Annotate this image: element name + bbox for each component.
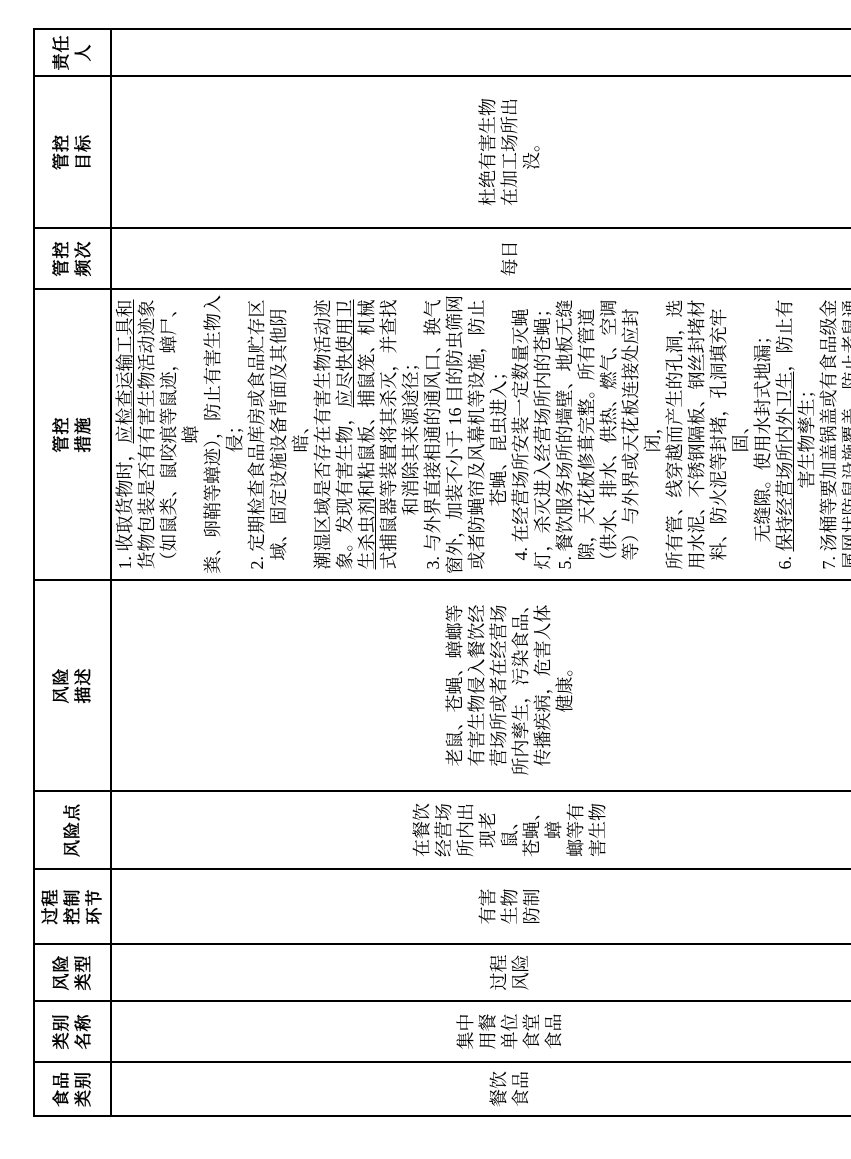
document-page: 食品 类别 类别 名称 风险 类型 过程 控制 环节 风险点 风险 描述 管控 … bbox=[0, 0, 851, 1159]
header-control-measures: 管控 措施 bbox=[34, 289, 111, 580]
header-control-target: 管控 目标 bbox=[34, 76, 111, 228]
cell-risk-type: 过程 风险 bbox=[111, 944, 851, 1001]
cell-responsible-person bbox=[111, 29, 851, 76]
cell-process-control-link: 有害 生物 防制 bbox=[111, 869, 851, 944]
cell-category-name: 集中 用餐 单位 食堂 食品 bbox=[111, 1001, 851, 1062]
header-risk-point: 风险点 bbox=[34, 791, 111, 869]
table-header-row: 食品 类别 类别 名称 风险 类型 过程 控制 环节 风险点 风险 描述 管控 … bbox=[34, 29, 111, 1116]
header-risk-type: 风险 类型 bbox=[34, 944, 111, 1001]
cell-risk-description: 老鼠、苍蝇、蟑螂等 有害生物侵入餐饮经 营场所或者在经营场 所内孳生，污染食品、… bbox=[111, 580, 851, 791]
cell-control-measures: 1. 收取货物时，应检查运输工具和 货物包装是否有有害生物活动迹象 （如鼠类、鼠… bbox=[111, 289, 851, 580]
table-data-row: 餐饮 食品 集中 用餐 单位 食堂 食品 过程 风险 有害 生物 防制 在餐饮 … bbox=[111, 29, 851, 1116]
header-responsible-person: 责任 人 bbox=[34, 29, 111, 76]
cell-food-category: 餐饮 食品 bbox=[111, 1062, 851, 1116]
header-process-control-link: 过程 控制 环节 bbox=[34, 869, 111, 944]
food-safety-risk-control-table: 食品 类别 类别 名称 风险 类型 过程 控制 环节 风险点 风险 描述 管控 … bbox=[33, 28, 851, 1117]
header-food-category: 食品 类别 bbox=[34, 1062, 111, 1116]
rotated-table-container: 食品 类别 类别 名称 风险 类型 过程 控制 环节 风险点 风险 描述 管控 … bbox=[33, 30, 795, 1117]
header-risk-description: 风险 描述 bbox=[34, 580, 111, 791]
header-category-name: 类别 名称 bbox=[34, 1001, 111, 1062]
header-control-frequency: 管控 频次 bbox=[34, 228, 111, 289]
cell-control-frequency: 每日 bbox=[111, 228, 851, 289]
cell-risk-point: 在餐饮 经营场 所内出 现老鼠、 苍蝇、蟑 螂等有 害生物 bbox=[111, 791, 851, 869]
cell-control-target: 杜绝有害生物 在加工场所出 没。 bbox=[111, 76, 851, 228]
